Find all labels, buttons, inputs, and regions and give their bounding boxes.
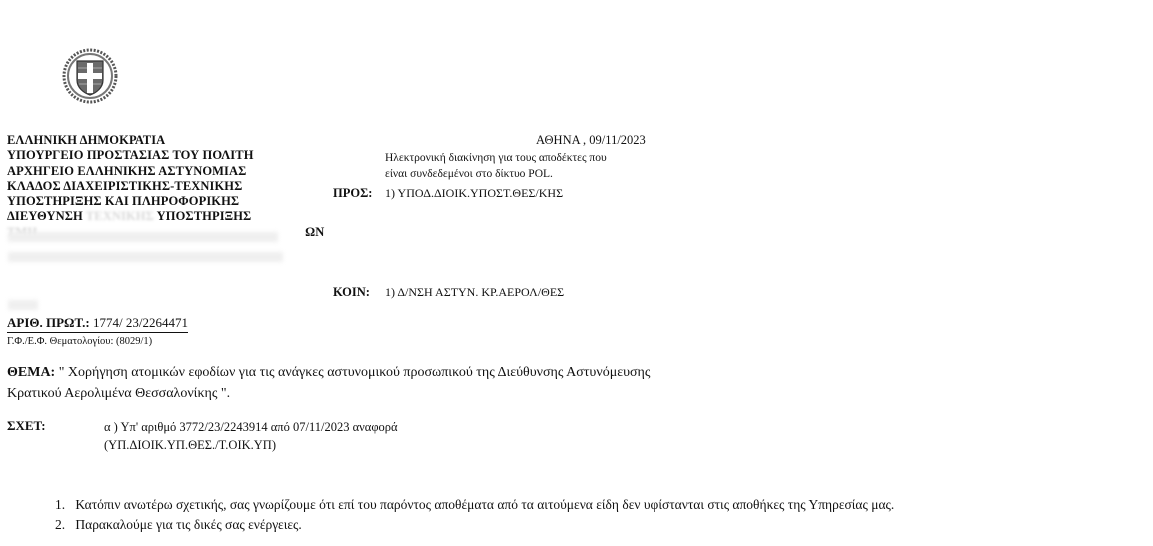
protocol-value: 1774/ 23/2264471	[90, 315, 188, 330]
redacted-block	[8, 300, 38, 310]
redacted-block	[8, 252, 283, 262]
file-reference: Γ.Φ./Ε.Φ. Θεματολογίου: (8029/1)	[7, 336, 152, 347]
relation-line: α ) Υπ' αριθμό 3772/23/2243914 από 07/11…	[104, 418, 398, 436]
header-directorate-start: ΔΙΕΥΘΥΝΣΗ	[7, 209, 83, 223]
cc-label: ΚΟΙΝ:	[333, 285, 370, 300]
list-number: 2.	[55, 515, 72, 535]
issuing-authority-header: ΕΛΛΗΝΙΚΗ ΔΗΜΟΚΡΑΤΙΑ ΥΠΟΥΡΓΕΙΟ ΠΡΟΣΤΑΣΙΑΣ…	[7, 133, 324, 240]
note-line: είναι συνδεδεμένοι στο δίκτυο POL.	[385, 166, 607, 182]
electronic-distribution-note: Ηλεκτρονική διακίνηση για τους αποδέκτες…	[385, 150, 607, 182]
list-text: Κατόπιν ανωτέρω σχετικής, σας γνωρίζουμε…	[75, 497, 894, 512]
subject: ΘΕΜΑ: " Χορήγηση ατομικών εφοδίων για τι…	[7, 362, 687, 404]
redacted-block	[8, 232, 278, 242]
list-text: Παρακαλούμε για τις δικές σας ενέργειες.	[75, 517, 301, 532]
header-line: ΕΛΛΗΝΙΚΗ ΔΗΜΟΚΡΑΤΙΑ	[7, 133, 324, 148]
coat-of-arms-icon	[62, 48, 118, 104]
relation-item: α ) Υπ' αριθμό 3772/23/2243914 από 07/11…	[104, 418, 398, 454]
to-recipient: 1) ΥΠΟΔ.ΔΙΟΙΚ.ΥΠΟΣΤ.ΘΕΣ/ΚΗΣ	[385, 186, 563, 201]
subject-text: " Χορήγηση ατομικών εφοδίων για τις ανάγ…	[7, 365, 650, 401]
header-line: ΚΛΑΔΟΣ ΔΙΑΧΕΙΡΙΣΤΙΚΗΣ-ΤΕΧΝΙΚΗΣ	[7, 179, 324, 194]
header-directorate-end: ΥΠΟΣΤΗΡΙΞΗΣ	[157, 209, 252, 223]
list-item: 2. Παρακαλούμε για τις δικές σας ενέργει…	[55, 515, 894, 535]
cc-recipient: 1) Δ/ΝΣΗ ΑΣΤΥΝ. ΚΡ.ΑΕΡΟΛ/ΘΕΣ	[385, 285, 564, 300]
protocol-label: ΑΡΙΘ. ΠΡΩΤ.:	[7, 315, 90, 330]
header-directorate: ΔΙΕΥΘΥΝΣΗ ΤΕΧΝΙΚΗΣ ΥΠΟΣΤΗΡΙΞΗΣ	[7, 209, 324, 224]
header-directorate-redacted: ΤΕΧΝΙΚΗΣ	[86, 209, 154, 223]
header-line: ΥΠΟΣΤΗΡΙΞΗΣ ΚΑΙ ΠΛΗΡΟΦΟΡΙΚΗΣ	[7, 194, 324, 209]
list-number: 1.	[55, 495, 72, 515]
header-department-end: ΩΝ	[305, 225, 324, 239]
header-line: ΑΡΧΗΓΕΙΟ ΕΛΛΗΝΙΚΗΣ ΑΣΤΥΝΟΜΙΑΣ	[7, 164, 324, 179]
subject-label: ΘΕΜΑ:	[7, 365, 55, 380]
to-label: ΠΡΟΣ:	[333, 186, 372, 201]
header-line: ΥΠΟΥΡΓΕΙΟ ΠΡΟΣΤΑΣΙΑΣ ΤΟΥ ΠΟΛΙΤΗ	[7, 148, 324, 163]
document-date: ΑΘΗΝΑ , 09/11/2023	[536, 133, 646, 148]
relation-line: (ΥΠ.ΔΙΟΙΚ.ΥΠ.ΘΕΣ./Τ.ΟΙΚ.ΥΠ)	[104, 436, 398, 454]
relation-label: ΣΧΕΤ:	[7, 418, 46, 434]
body-list: 1. Κατόπιν ανωτέρω σχετικής, σας γνωρίζο…	[55, 495, 894, 535]
note-line: Ηλεκτρονική διακίνηση για τους αποδέκτες…	[385, 150, 607, 166]
protocol-number: ΑΡΙΘ. ΠΡΩΤ.: 1774/ 23/2264471	[7, 315, 188, 333]
list-item: 1. Κατόπιν ανωτέρω σχετικής, σας γνωρίζο…	[55, 495, 894, 515]
